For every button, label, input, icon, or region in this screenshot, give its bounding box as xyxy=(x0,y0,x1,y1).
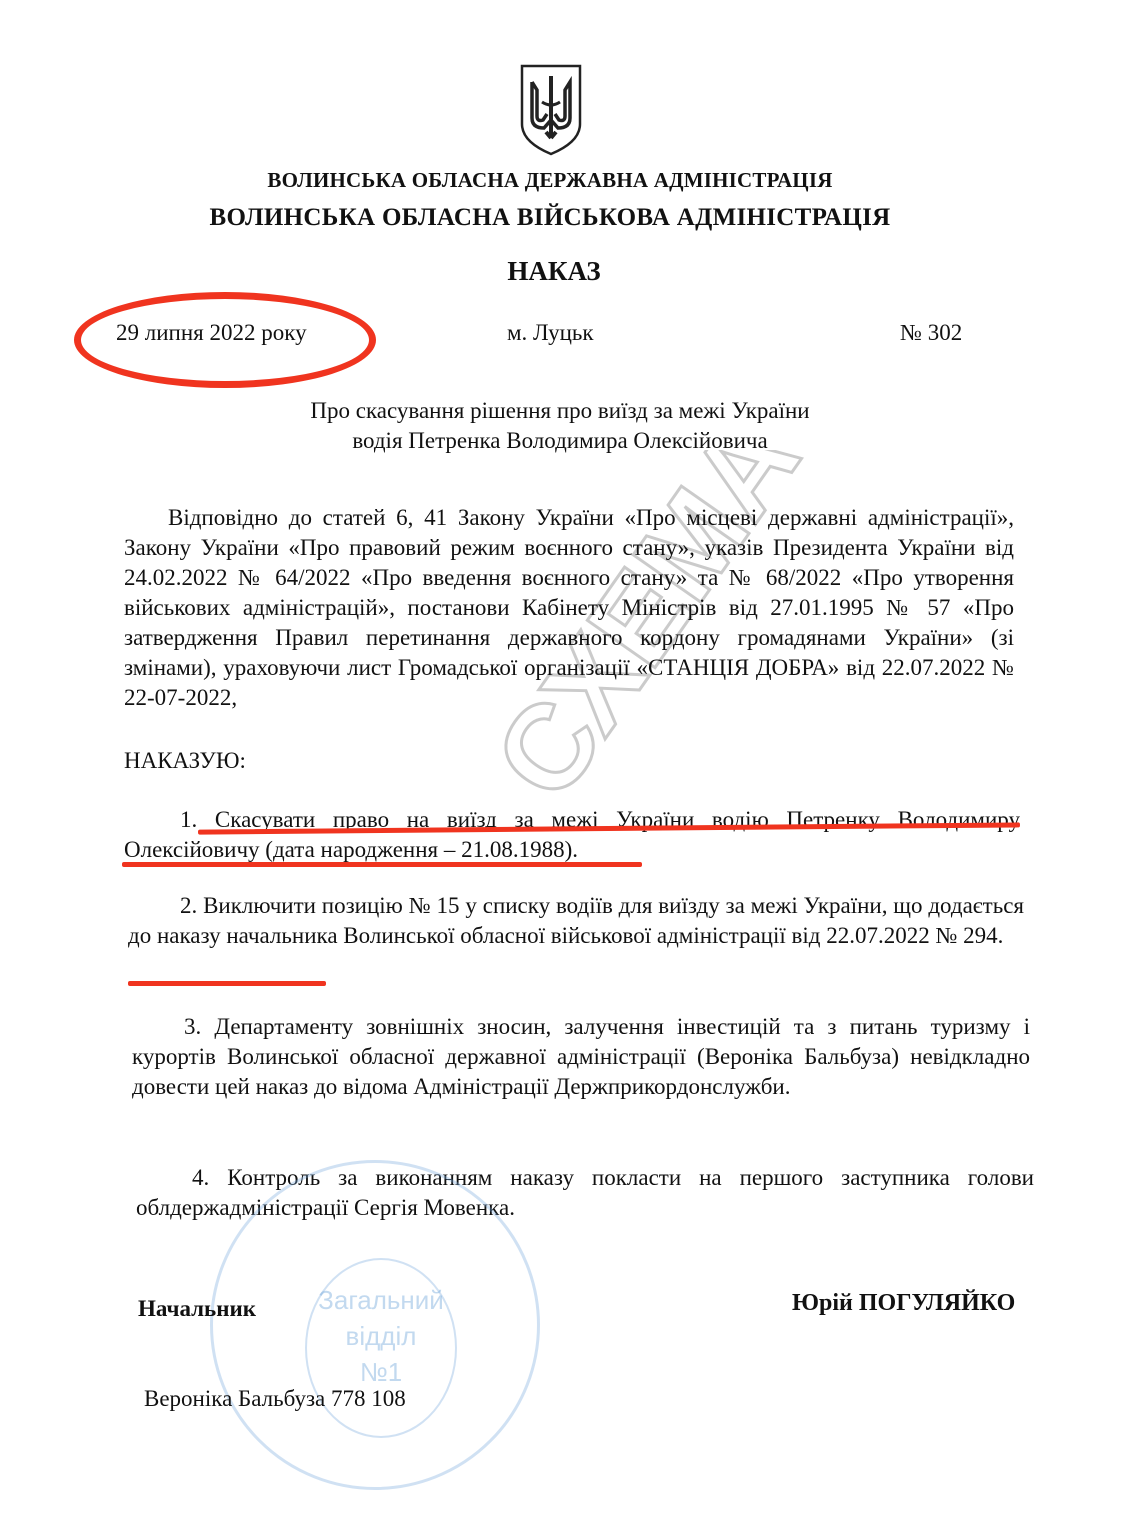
order-item-2: 2. Виключити позицію № 15 у списку водії… xyxy=(128,891,1024,951)
executor-contact: Вероніка Бальбуза 778 108 xyxy=(144,1386,406,1412)
state-administration-heading: ВОЛИНСЬКА ОБЛАСНА ДЕРЖАВНА АДМІНІСТРАЦІЯ xyxy=(0,168,1100,193)
order-keyword: НАКАЗУЮ: xyxy=(124,748,246,774)
signatory-name: Юрій ПОГУЛЯЙКО xyxy=(792,1290,1015,1317)
order-city: м. Луцьк xyxy=(507,320,594,346)
signatory-role: Начальник xyxy=(138,1296,256,1322)
highlight-underline-item1-line2 xyxy=(122,862,642,867)
preamble-paragraph: Відповідно до статей 6, 41 Закону Україн… xyxy=(124,503,1014,713)
document-type-heading: НАКАЗ xyxy=(0,256,1108,287)
order-item-3: 3. Департаменту зовнішніх зносин, залуче… xyxy=(132,1012,1030,1102)
military-administration-heading: ВОЛИНСЬКА ОБЛАСНА ВІЙСЬКОВА АДМІНІСТРАЦІ… xyxy=(0,204,1100,232)
trident-emblem-icon xyxy=(518,62,584,156)
stamp-text-3: №1 xyxy=(305,1354,457,1390)
order-item-1: 1. Скасувати право на виїзд за межі Укра… xyxy=(124,805,1020,865)
stamp-text-1: Загальний xyxy=(305,1282,457,1318)
subject-line-1: Про скасування рішення про виїзд за межі… xyxy=(180,396,940,426)
order-number: № 302 xyxy=(900,320,962,346)
order-subject: Про скасування рішення про виїзд за межі… xyxy=(180,396,940,456)
order-date: 29 липня 2022 року xyxy=(116,320,307,346)
stamp-text-2: відділ xyxy=(305,1318,457,1354)
highlight-underline-item2 xyxy=(128,981,326,986)
